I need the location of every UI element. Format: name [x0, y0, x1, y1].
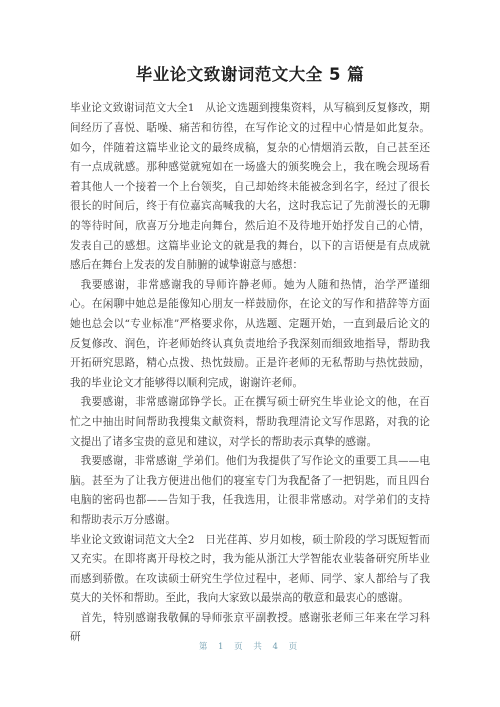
paragraph-thanks-juniors: 我要感谢，非常感谢_学弟们。他们为我提供了写作论文的重要工具——电脑。甚至为了让… [70, 452, 430, 530]
document-body: 毕业论文致谢词范文大全1 从论文选题到搜集资料，从写稿到反复修改，期间经历了喜悦… [70, 99, 430, 648]
paragraph-thanks-advisor: 我要感谢，非常感谢我的导师许静老师。她为人随和热情，治学严谨细心。在闲聊中她总是… [70, 276, 430, 394]
paragraph-section2-intro: 毕业论文致谢词范文大全2 日光荏苒、岁月如梭，硕士阶段的学习既短暂而又充实。在即… [70, 531, 430, 609]
document-title: 毕业论文致谢词范文大全 5 篇 [70, 64, 430, 85]
document-page: 毕业论文致谢词范文大全 5 篇 毕业论文致谢词范文大全1 从论文选题到搜集资料，… [0, 0, 500, 707]
page-number-indicator: 第 1 页 共 4 页 [0, 640, 500, 652]
paragraph-thanks-senior: 我要感谢，非常感谢邱铮学长。正在撰写硕士研究生毕业论文的他，在百忙之中抽出时间帮… [70, 393, 430, 452]
paragraph-section1-intro: 毕业论文致谢词范文大全1 从论文选题到搜集资料，从写稿到反复修改，期间经历了喜悦… [70, 99, 430, 275]
